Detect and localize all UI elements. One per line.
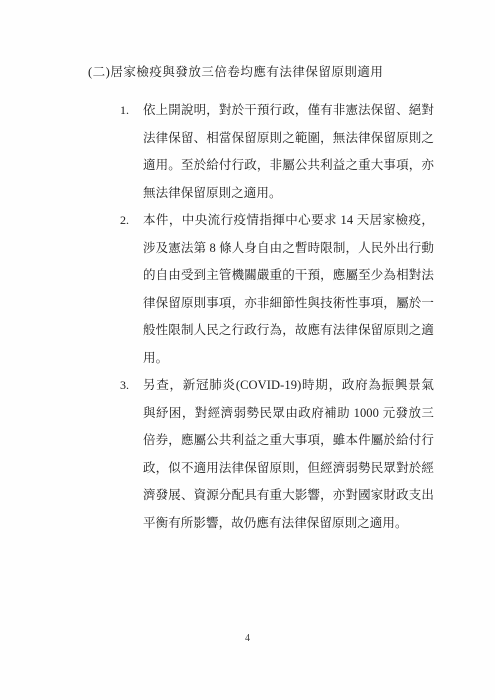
item-text: 依上開說明，對於干預行政，僅有非憲法保留、絕對法律保留、相當保留原則之範圍，無法… [143,97,434,207]
numbered-list: 1. 依上開說明，對於干預行政，僅有非憲法保留、絕對法律保留、相當保留原則之範圍… [120,97,495,537]
item-text: 本件，中央流行疫情指揮中心要求 14 天居家檢疫，涉及憲法第 8 條人身自由之暫… [143,207,434,372]
list-item: 3. 另查，新冠肺炎(COVID-19)時期，政府為振興景氣與紓困，對經濟弱勢民… [120,372,495,537]
section-heading: (二)居家檢疫與發放三倍卷均應有法律保留原則適用 [88,59,495,87]
item-text: 另查，新冠肺炎(COVID-19)時期，政府為振興景氣與紓困，對經濟弱勢民眾由政… [143,372,434,537]
page-number-footer: 4 [0,632,495,646]
item-number: 2. [120,207,143,235]
list-item: 1. 依上開說明，對於干預行政，僅有非憲法保留、絕對法律保留、相當保留原則之範圍… [120,97,495,207]
list-item: 2. 本件，中央流行疫情指揮中心要求 14 天居家檢疫，涉及憲法第 8 條人身自… [120,207,495,372]
document-page: (二)居家檢疫與發放三倍卷均應有法律保留原則適用 1. 依上開說明，對於干預行政… [0,0,495,700]
item-number: 3. [120,372,143,400]
item-number: 1. [120,97,143,125]
